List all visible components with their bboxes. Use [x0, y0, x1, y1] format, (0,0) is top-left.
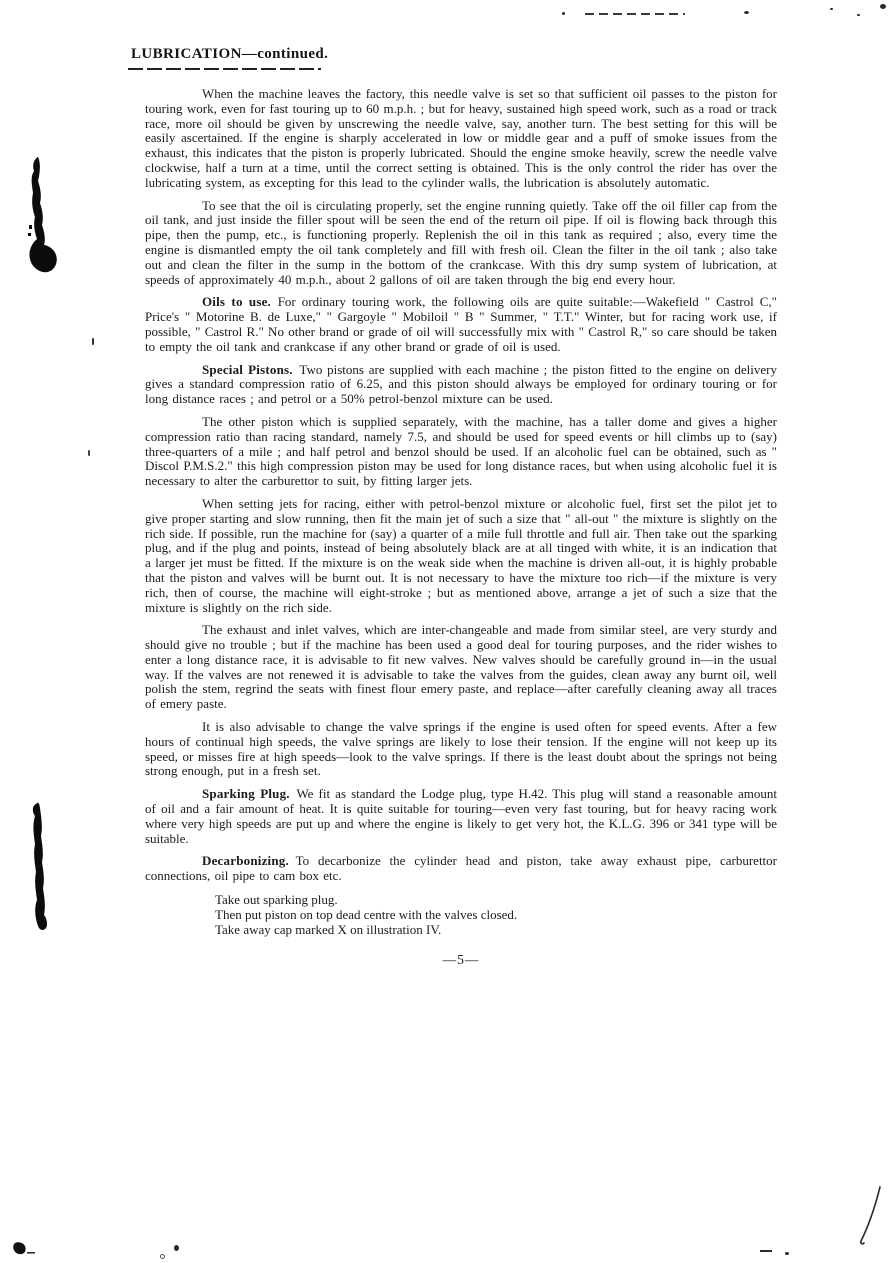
ink-mark-bottom-left [10, 1240, 50, 1260]
scan-artifact-dot [562, 12, 565, 15]
title-underline [128, 68, 321, 70]
paragraph: The other piston which is supplied separ… [145, 415, 777, 489]
scan-artifact-top-dashes [585, 13, 685, 15]
paragraph: When the machine leaves the factory, thi… [145, 87, 777, 191]
step-line: Take away cap marked X on illustration I… [215, 922, 777, 937]
document-body: When the machine leaves the factory, thi… [145, 87, 777, 968]
paragraph-lead: Oils to use. [202, 294, 278, 309]
paragraphs-container: When the machine leaves the factory, thi… [145, 87, 777, 884]
scan-artifact-dot [880, 4, 886, 9]
paragraph: Decarbonizing. To decarbonize the cylind… [145, 854, 777, 884]
page-title: LUBRICATION—continued. [131, 46, 328, 63]
paragraph: The exhaust and inlet valves, which are … [145, 623, 777, 712]
step-line: Take out sparking plug. [215, 892, 777, 907]
paragraph: Special Pistons. Two pistons are supplie… [145, 363, 777, 407]
scanned-document-page: LUBRICATION—continued. When the machine … [0, 0, 893, 1263]
scan-artifact-dot [830, 8, 833, 10]
ink-mark-left-upper [20, 155, 70, 285]
stray-apostrophe-mark [92, 338, 94, 345]
scan-artifact-dot [160, 1254, 165, 1259]
pen-stroke-right [856, 1185, 884, 1247]
paragraph-lead: Sparking Plug. [202, 786, 296, 801]
scan-artifact-dot [785, 1252, 789, 1255]
scan-artifact-dot [744, 11, 749, 14]
scan-artifact-dot [857, 14, 860, 16]
scan-artifact-dot [174, 1245, 179, 1251]
paragraph: Oils to use. For ordinary touring work, … [145, 295, 777, 354]
page-number: —5— [145, 953, 777, 968]
paragraph-lead: Decarbonizing. [202, 853, 296, 868]
paragraph: It is also advisable to change the valve… [145, 720, 777, 779]
paragraph: Sparking Plug. We fit as standard the Lo… [145, 787, 777, 846]
decarbonizing-steps: Take out sparking plug.Then put piston o… [215, 892, 777, 937]
paragraph: To see that the oil is circulating prope… [145, 199, 777, 288]
paragraph-lead: Special Pistons. [202, 362, 299, 377]
stray-tick-mark [88, 450, 90, 456]
scan-artifact-dash [760, 1250, 772, 1252]
step-line: Then put piston on top dead centre with … [215, 907, 777, 922]
ink-mark-left-lower [24, 800, 54, 940]
paragraph: When setting jets for racing, either wit… [145, 497, 777, 615]
